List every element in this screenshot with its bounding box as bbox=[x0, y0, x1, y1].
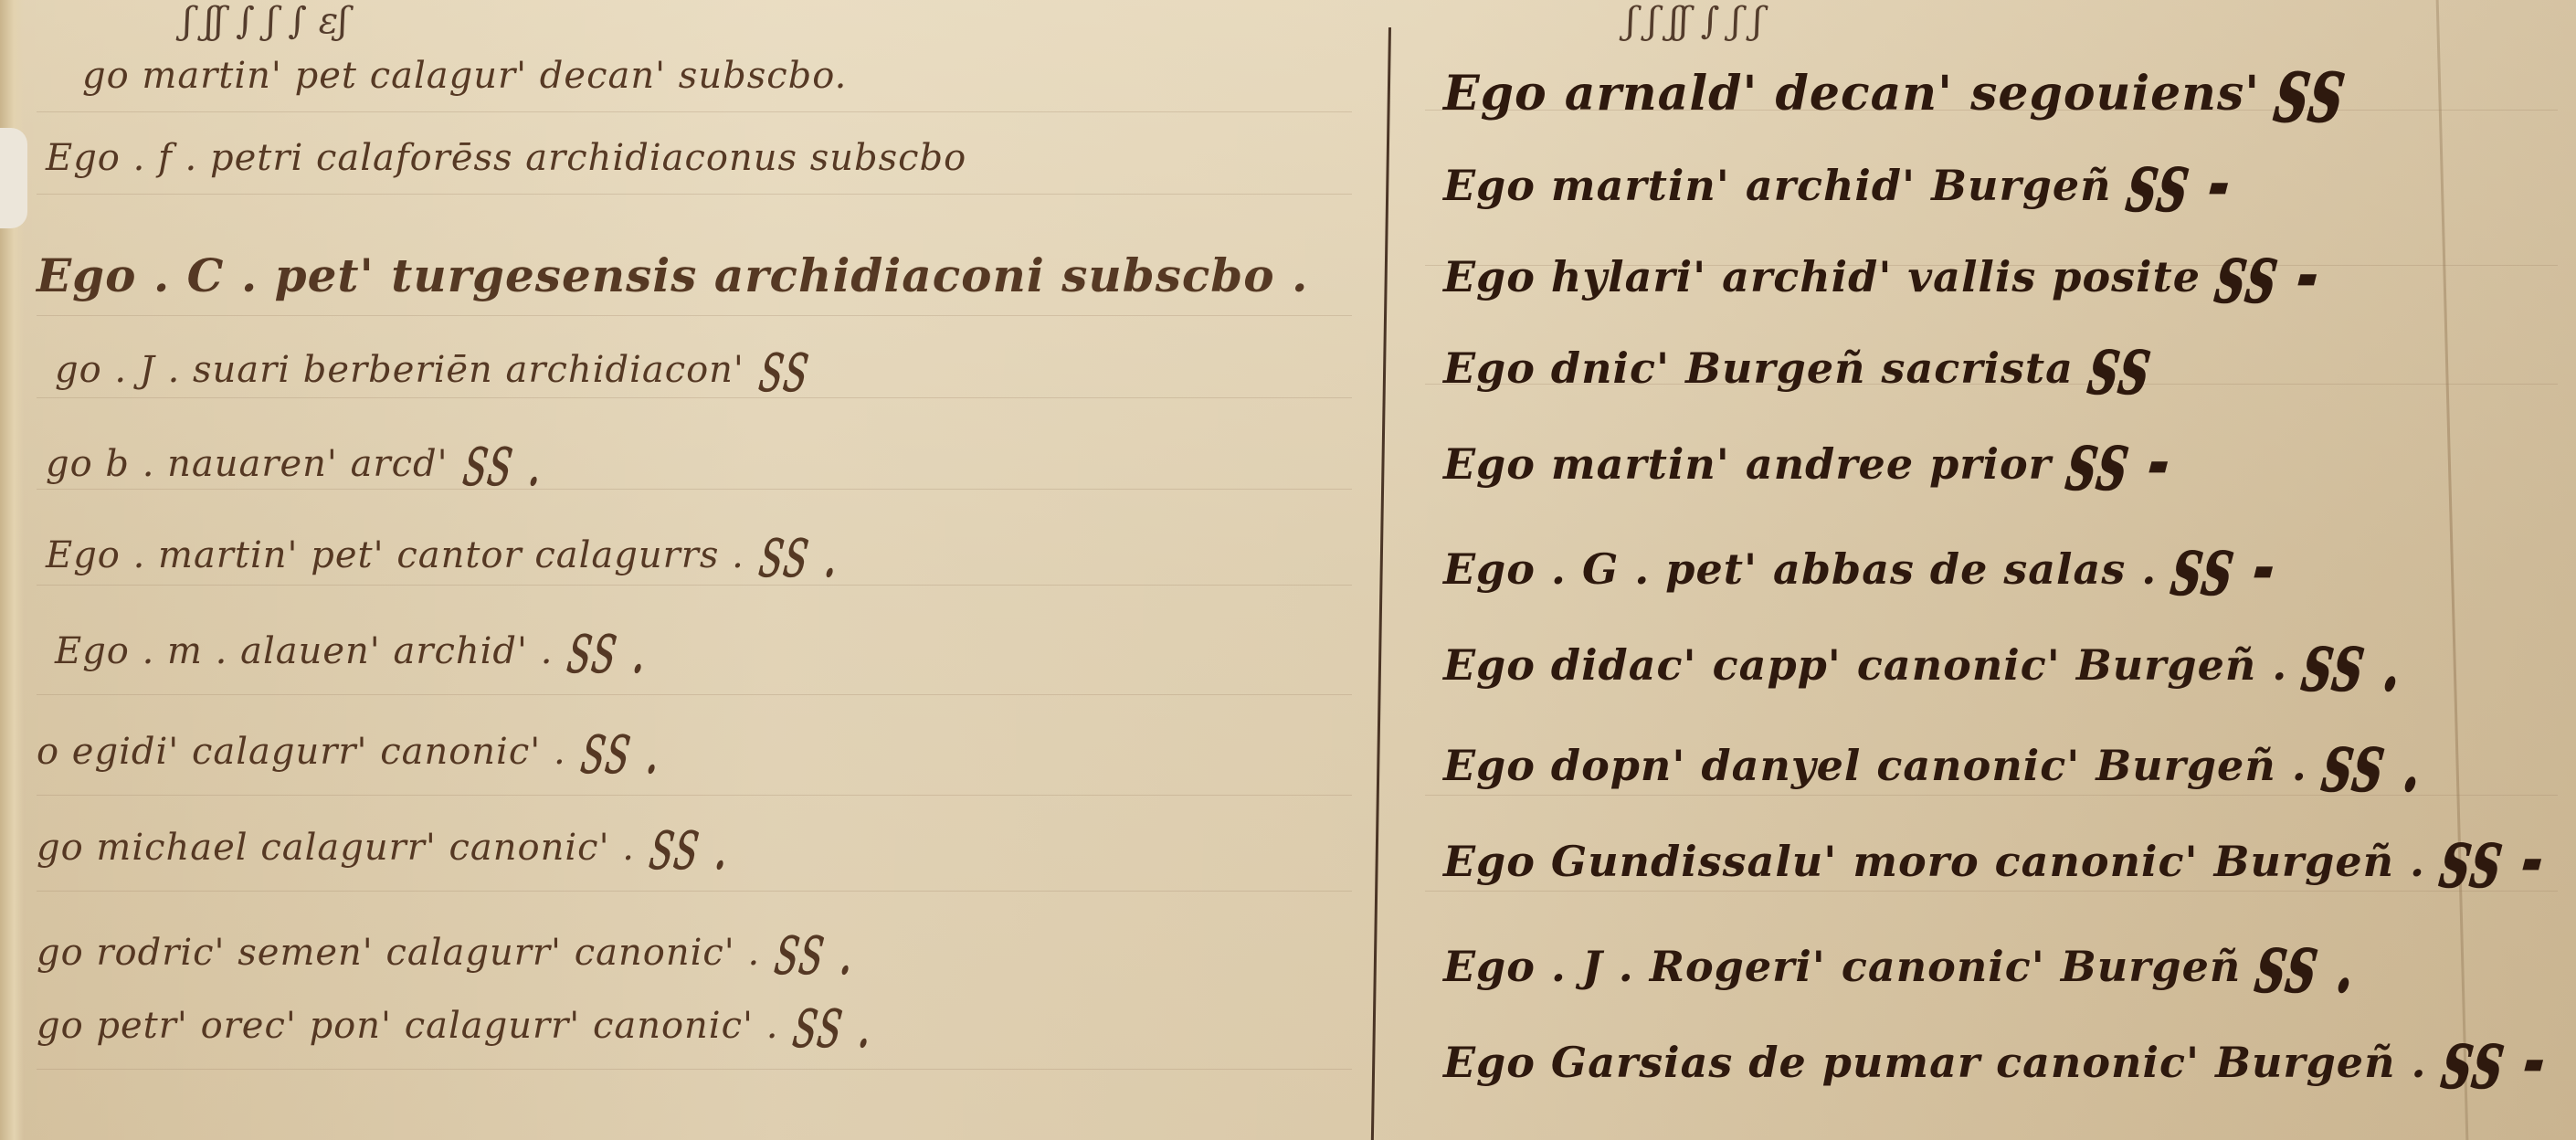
witness-line: Ego hylari' archid' vallis positess - bbox=[1443, 242, 2320, 304]
witness-text: o egidi' calagurr' canonic' . bbox=[37, 731, 566, 773]
witness-text: Ego Garsias de pumar canonic' Burgeñ . bbox=[1443, 1038, 2427, 1087]
witness-text: Ego dopn' danyel canonic' Burgeñ . bbox=[1443, 741, 2307, 790]
witness-line: Ego . m . alauen' archid' .ss . bbox=[55, 621, 649, 674]
witness-text: Ego . C . pet' turgesensis archidiaconi … bbox=[37, 248, 1308, 302]
ruling-line bbox=[37, 315, 1352, 316]
witness-line: Ego dnic' Burgeñ sacristass bbox=[1443, 333, 2151, 396]
signum-mark: ss . bbox=[771, 907, 861, 992]
witness-text: Ego . J . Rogeri' canonic' Burgeñ bbox=[1443, 942, 2241, 991]
ruling-line bbox=[37, 694, 1352, 695]
witness-text: Ego . martin' pet' cantor calagurrs . bbox=[46, 534, 744, 576]
witness-text: Ego . f . petri calaforēss archidiaconus… bbox=[46, 137, 966, 179]
ruling-line bbox=[37, 111, 1352, 112]
witness-line: Ego . G . pet' abbas de salas .ss - bbox=[1443, 534, 2276, 596]
signum-mark: ss - bbox=[2435, 808, 2551, 908]
witness-line: go b . nauaren' arcd'ss . bbox=[46, 434, 544, 487]
ruling-line bbox=[1425, 891, 2558, 892]
witness-text: Ego Gundissalu' moro canonic' Burgeñ . bbox=[1443, 837, 2425, 886]
witness-line: Ego martin' archid' Burgeñss - bbox=[1443, 151, 2231, 213]
signum-mark: ss . bbox=[755, 510, 846, 595]
witness-text: go michael calagurr' canonic' . bbox=[37, 827, 635, 869]
witness-line: Ego . f . petri calaforēss archidiaconus… bbox=[46, 137, 983, 179]
ruling-line bbox=[37, 585, 1352, 586]
witness-text: Ego dnic' Burgeñ sacrista bbox=[1443, 343, 2074, 393]
witness-line: Ego . martin' pet' cantor calagurrs .ss … bbox=[46, 525, 840, 578]
signum-mark: ss - bbox=[2167, 516, 2283, 616]
witness-text: Ego martin' andree prior bbox=[1443, 439, 2052, 489]
witness-text: go . J . suari berberiēn archidiacon' bbox=[55, 349, 744, 391]
witness-text: go b . nauaren' arcd' bbox=[46, 443, 449, 485]
signum-mark: ss . bbox=[789, 980, 880, 1065]
parchment-notch bbox=[0, 128, 27, 228]
witness-line: go . J . suari berberiēn archidiacon'ss bbox=[55, 340, 809, 393]
witness-line: go petr' orec' pon' calagurr' canonic' .… bbox=[37, 996, 875, 1049]
signum-mark: ss . bbox=[564, 606, 654, 691]
ruling-line bbox=[37, 194, 1352, 195]
witness-line: go rodric' semen' calagurr' canonic' .ss… bbox=[37, 923, 856, 976]
witness-line: Ego Gundissalu' moro canonic' Burgeñ .ss… bbox=[1443, 827, 2545, 889]
witness-text: Ego martin' archid' Burgeñ bbox=[1443, 161, 2112, 210]
signum-mark: ss bbox=[2084, 315, 2158, 415]
ruling-line bbox=[37, 1069, 1352, 1070]
signum-mark: ss . bbox=[2251, 913, 2363, 1013]
ruling-line bbox=[37, 795, 1352, 796]
witness-line: Ego . C . pet' turgesensis archidiaconi … bbox=[37, 248, 1325, 302]
signum-mark: ss - bbox=[2211, 224, 2327, 323]
witness-text: Ego . m . alauen' archid' . bbox=[55, 630, 553, 672]
signum-mark: ss - bbox=[2436, 1009, 2552, 1109]
witness-text: Ego hylari' archid' vallis posite bbox=[1443, 252, 2201, 301]
signum-mark: ss . bbox=[577, 706, 668, 791]
witness-text: go rodric' semen' calagurr' canonic' . bbox=[37, 932, 760, 974]
witness-line: Ego martin' andree priorss - bbox=[1443, 429, 2171, 491]
witness-line: Ego dopn' danyel canonic' Burgeñ .ss . bbox=[1443, 731, 2423, 793]
witness-line: Ego . J . Rogeri' canonic' Burgeñss . bbox=[1443, 932, 2357, 994]
signum-mark: ss . bbox=[459, 418, 549, 503]
signum-mark: ss . bbox=[2317, 712, 2430, 812]
signum-mark: ss - bbox=[2062, 411, 2178, 511]
witness-line: go martin' pet calagur' decan' subscbo. bbox=[82, 55, 863, 97]
witness-text: Ego . G . pet' abbas de salas . bbox=[1443, 544, 2157, 594]
witness-text: Ego didac' capp' canonic' Burgeñ . bbox=[1443, 640, 2287, 690]
witness-text: go petr' orec' pon' calagurr' canonic' . bbox=[37, 1005, 778, 1047]
witness-line: o egidi' calagurr' canonic' .ss . bbox=[37, 722, 662, 775]
witness-text: Ego arnald' decan' segouiens' bbox=[1443, 66, 2260, 121]
ruling-line bbox=[37, 891, 1352, 892]
signum-mark: ss - bbox=[2121, 132, 2237, 232]
witness-line: go michael calagurr' canonic' .ss . bbox=[37, 818, 731, 871]
ruling-line bbox=[37, 397, 1352, 398]
top-fragment-strokes-left: ʃ ʃʃ ∫ ʃ ∫ ɛʃ bbox=[183, 0, 348, 37]
witness-text: go martin' pet calagur' decan' subscbo. bbox=[82, 55, 847, 97]
top-fragment-strokes-right: ʃ ʃ ʃʃ ∫ ʃ ʃ bbox=[1626, 0, 1763, 37]
signum-mark: ss . bbox=[646, 802, 736, 887]
signum-mark: ss . bbox=[2297, 612, 2410, 712]
witness-line: Ego Garsias de pumar canonic' Burgeñ .ss… bbox=[1443, 1028, 2546, 1090]
witness-line: Ego didac' capp' canonic' Burgeñ .ss . bbox=[1443, 630, 2403, 692]
witness-line: Ego arnald' decan' segouiens'ss bbox=[1443, 55, 2345, 124]
ruling-line bbox=[37, 489, 1352, 490]
